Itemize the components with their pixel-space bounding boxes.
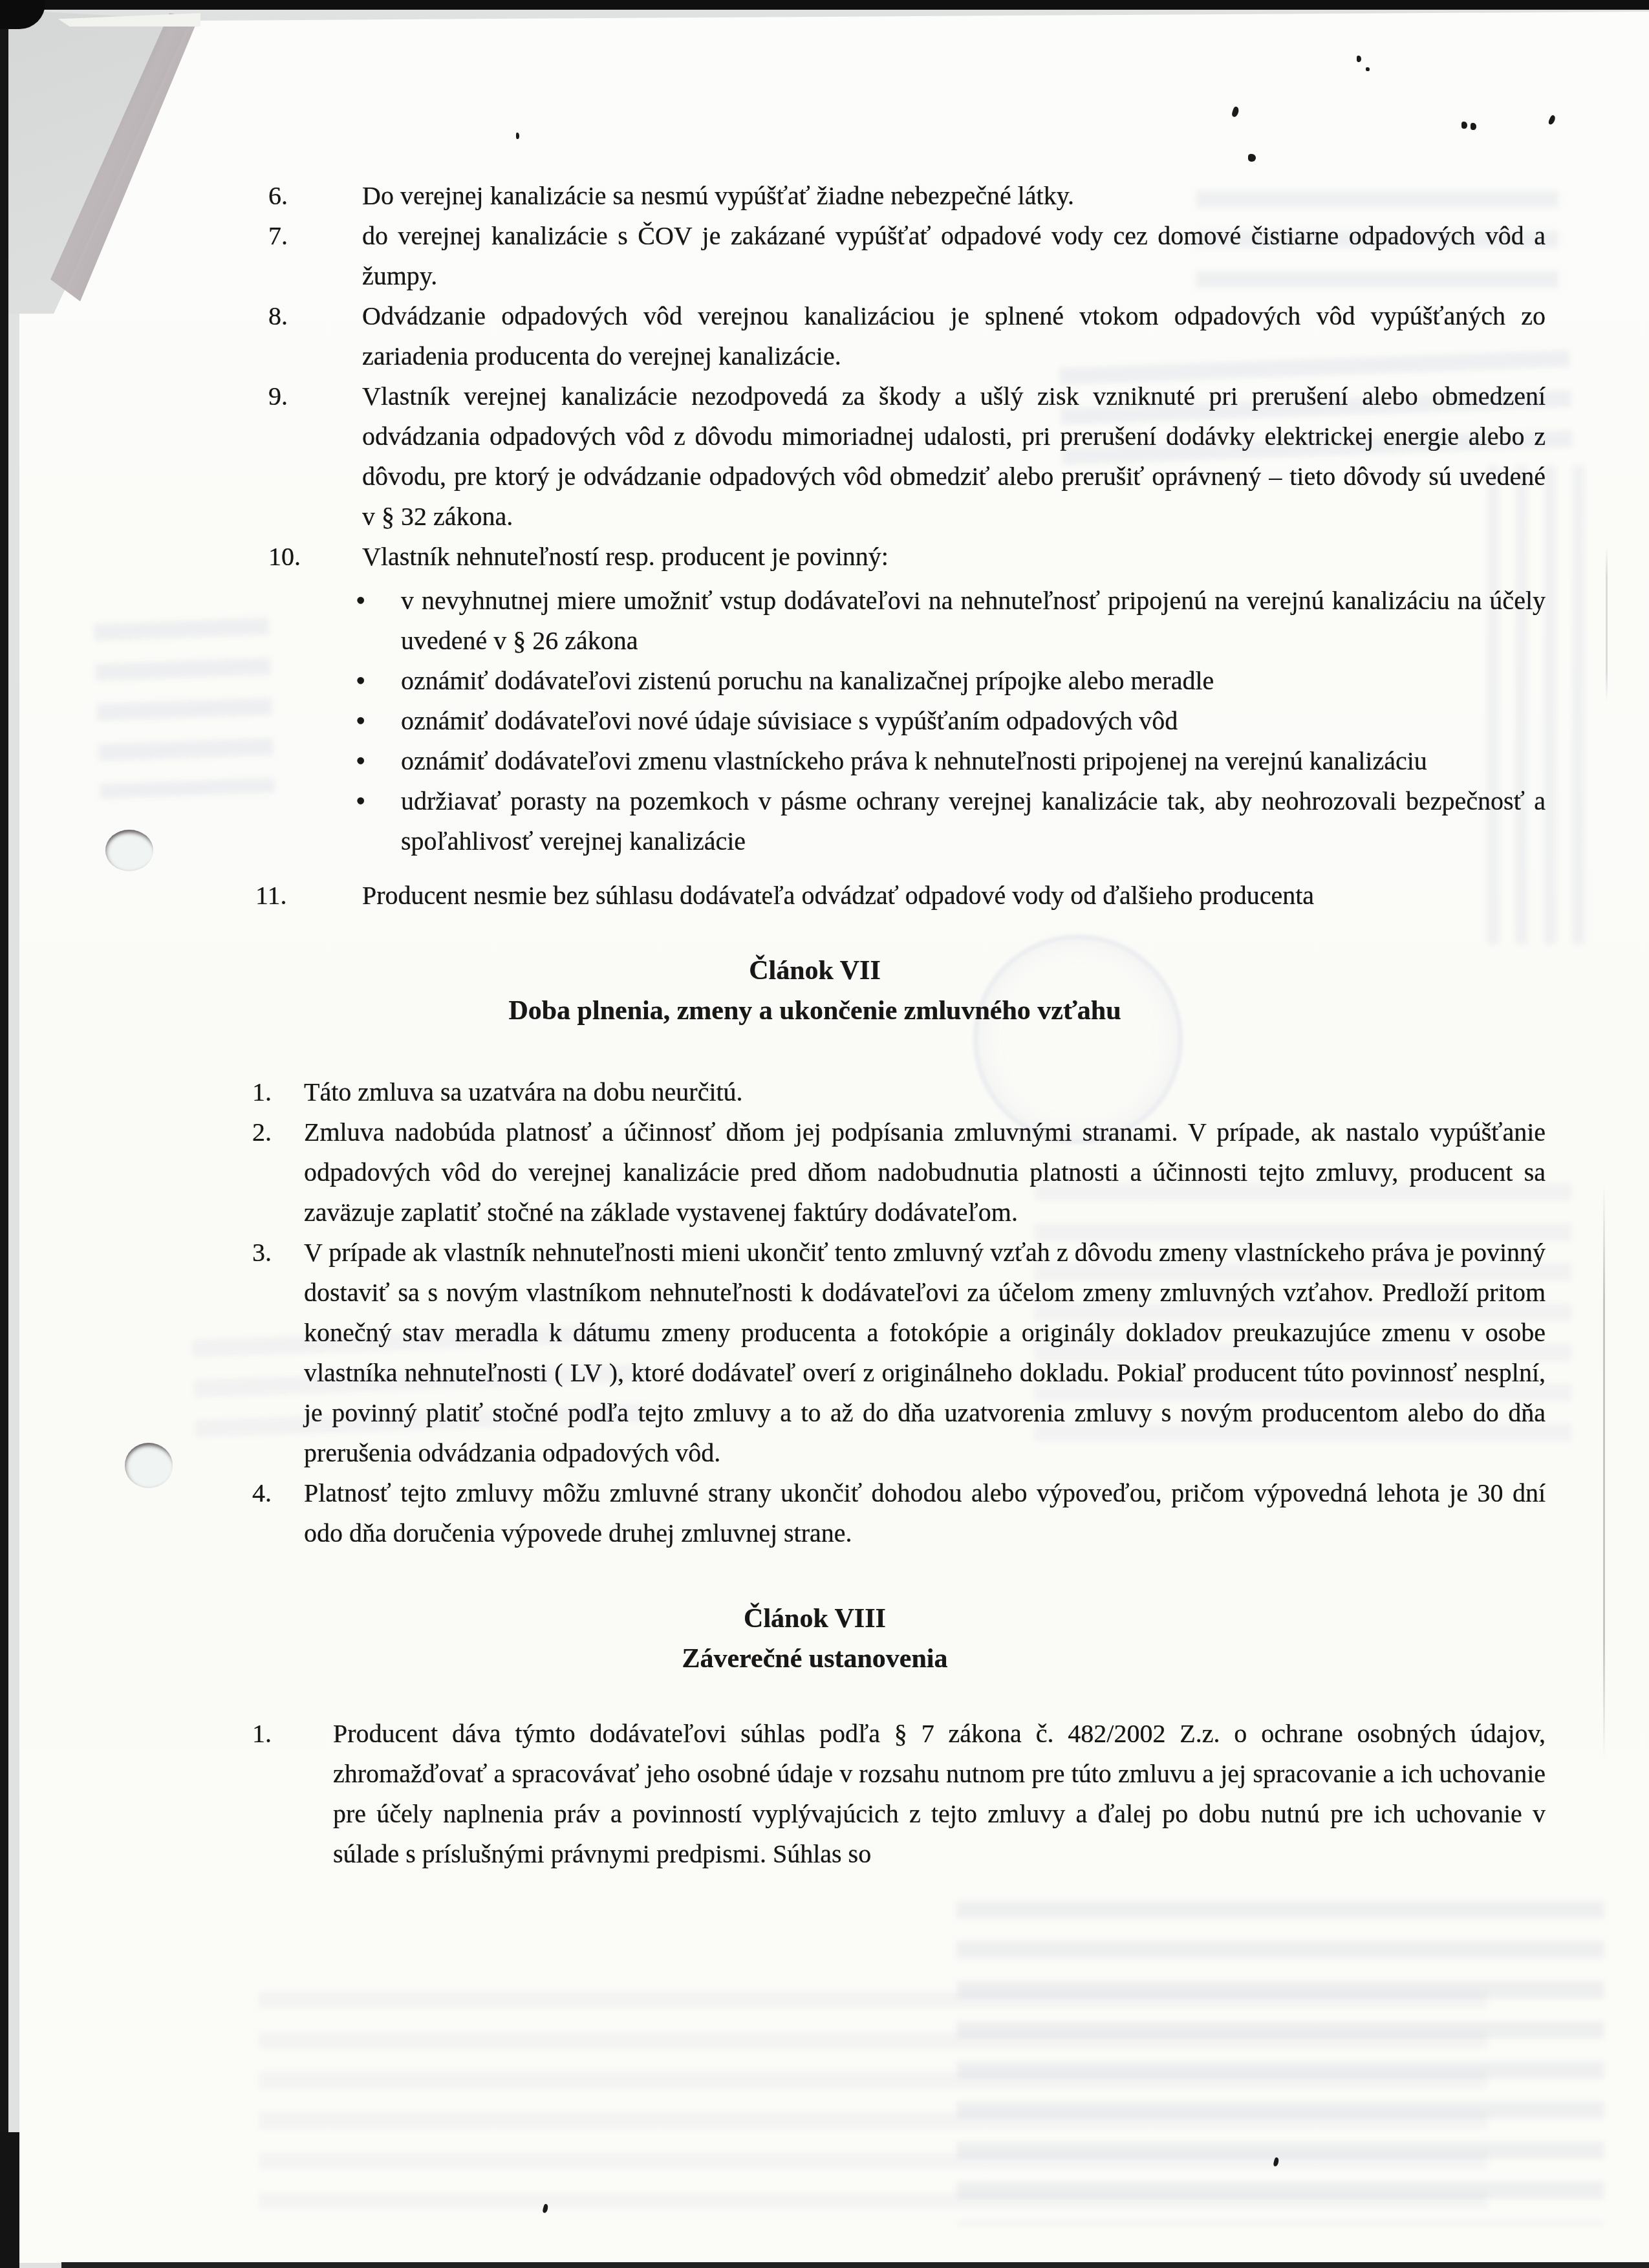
item-text: V prípade ak vlastník nehnuteľnosti mien…: [304, 1233, 1546, 1473]
item-number: 1.: [252, 1072, 304, 1112]
article-viii-heading: Článok VIII Záverečné ustanovenia: [252, 1599, 1377, 1679]
page-edge-sliver: [58, 10, 200, 27]
bullet-item: •oznámiť dodávateľovi zmenu vlastníckeho…: [268, 741, 1546, 781]
bullet-marker: •: [356, 741, 401, 781]
item-text: oznámiť dodávateľovi nové údaje súvisiac…: [401, 701, 1546, 741]
item-number: 2.: [252, 1112, 304, 1152]
punch-hole: [125, 1443, 173, 1488]
list-item: 7.do verejnej kanalizácie s ČOV je zakáz…: [268, 216, 1546, 296]
list-item: 4.Platnosť tejto zmluvy môžu zmluvné str…: [252, 1473, 1546, 1553]
item-text: udržiavať porasty na pozemkoch v pásme o…: [401, 781, 1546, 861]
article-viii-list: 1.Producent dáva týmto dodávateľovi súhl…: [252, 1714, 1546, 1874]
item-text: Táto zmluva sa uzatvára na dobu neurčitú…: [304, 1072, 1546, 1112]
article-vii-heading: Článok VII Doba plnenia, zmeny a ukončen…: [252, 951, 1377, 1031]
list-item: 2.Zmluva nadobúda platnosť a účinnosť dň…: [252, 1112, 1546, 1233]
bullet-item: •v nevyhnutnej miere umožniť vstup dodáv…: [268, 581, 1546, 661]
ink-speck: [1248, 154, 1256, 162]
scan-edge-top: [0, 0, 1649, 10]
item-text: Do verejnej kanalizácie sa nesmú vypúšťa…: [362, 176, 1546, 216]
item-text: do verejnej kanalizácie s ČOV je zakázan…: [362, 216, 1546, 296]
list-item: 10.Vlastník nehnuteľností resp. producen…: [268, 537, 1546, 577]
bullet-marker: •: [356, 581, 401, 621]
item-text: Platnosť tejto zmluvy môžu zmluvné stran…: [304, 1473, 1546, 1553]
list-item: 8.Odvádzanie odpadových vôd verejnou kan…: [268, 296, 1546, 376]
ink-speck: [1366, 67, 1370, 71]
bullet-item: •udržiavať porasty na pozemkoch v pásme …: [268, 781, 1546, 861]
item-text: Vlastník nehnuteľností resp. producent j…: [362, 537, 1546, 577]
scanned-document: 6.Do verejnej kanalizácie sa nesmú vypúš…: [0, 0, 1649, 2268]
item-number: 7.: [268, 216, 362, 256]
bullet-marker: •: [356, 701, 401, 741]
item-text: Producent dáva týmto dodávateľovi súhlas…: [333, 1714, 1546, 1874]
item-number: 10.: [268, 537, 362, 577]
item-text: v nevyhnutnej miere umožniť vstup dodáva…: [401, 581, 1546, 661]
bullet-marker: •: [356, 661, 401, 701]
ink-speck: [1357, 56, 1361, 62]
scan-edge-left: [0, 0, 8, 2268]
scan-edge-bottom: [61, 2262, 1649, 2268]
bullet-marker: •: [356, 781, 401, 821]
item-text: Vlastník verejnej kanalizácie nezodpoved…: [362, 376, 1546, 537]
item-number: 8.: [268, 296, 362, 336]
article-vii-list: 1.Táto zmluva sa uzatvára na dobu neurči…: [252, 1072, 1546, 1553]
list-item: 6.Do verejnej kanalizácie sa nesmú vypúš…: [268, 176, 1546, 216]
list-item: 11.Producent nesmie bez súhlasu dodávate…: [255, 876, 1546, 916]
item-number: 1.: [252, 1714, 333, 1754]
punch-hole: [105, 830, 153, 871]
article-vii-title: Článok VII: [252, 951, 1377, 991]
item-number: 9.: [268, 376, 362, 416]
item-number: 11.: [255, 876, 362, 916]
article-viii-title: Článok VIII: [252, 1599, 1377, 1639]
list-item: 1.Táto zmluva sa uzatvára na dobu neurči…: [252, 1072, 1546, 1112]
bullet-item: •oznámiť dodávateľovi zistenú poruchu na…: [268, 661, 1546, 701]
numbered-list-continued: 6.Do verejnej kanalizácie sa nesmú vypúš…: [268, 176, 1546, 577]
item-text: Odvádzanie odpadových vôd verejnou kanal…: [362, 296, 1546, 376]
document-body: 6.Do verejnej kanalizácie sa nesmú vypúš…: [252, 176, 1546, 1874]
item-text: oznámiť dodávateľovi zmenu vlastníckeho …: [401, 741, 1546, 781]
item10-obligations-list: •v nevyhnutnej miere umožniť vstup dodáv…: [268, 581, 1546, 861]
item-text: oznámiť dodávateľovi zistenú poruchu na …: [401, 661, 1546, 701]
item-text: Producent nesmie bez súhlasu dodávateľa …: [362, 876, 1546, 916]
list-item: 9.Vlastník verejnej kanalizácie nezodpov…: [268, 376, 1546, 537]
paper-crease-line: [1603, 1183, 1605, 1759]
paper-crease-line: [1606, 546, 1608, 702]
article-vii-subtitle: Doba plnenia, zmeny a ukončenie zmluvnéh…: [252, 991, 1377, 1031]
ink-speck: [516, 133, 519, 139]
bullet-item: •oznámiť dodávateľovi nové údaje súvisia…: [268, 701, 1546, 741]
item-number: 6.: [268, 176, 362, 216]
article-viii-subtitle: Záverečné ustanovenia: [252, 1639, 1377, 1679]
list-item: 1.Producent dáva týmto dodávateľovi súhl…: [252, 1714, 1546, 1874]
item-number: 4.: [252, 1473, 304, 1513]
ink-speck: [1461, 122, 1467, 129]
ink-speck: [1471, 123, 1476, 130]
numbered-list-item11: 11.Producent nesmie bez súhlasu dodávate…: [255, 876, 1546, 916]
item-number: 3.: [252, 1233, 304, 1273]
scan-edge-bottom-left: [0, 2132, 19, 2268]
list-item: 3.V prípade ak vlastník nehnuteľnosti mi…: [252, 1233, 1546, 1473]
item-text: Zmluva nadobúda platnosť a účinnosť dňom…: [304, 1112, 1546, 1233]
